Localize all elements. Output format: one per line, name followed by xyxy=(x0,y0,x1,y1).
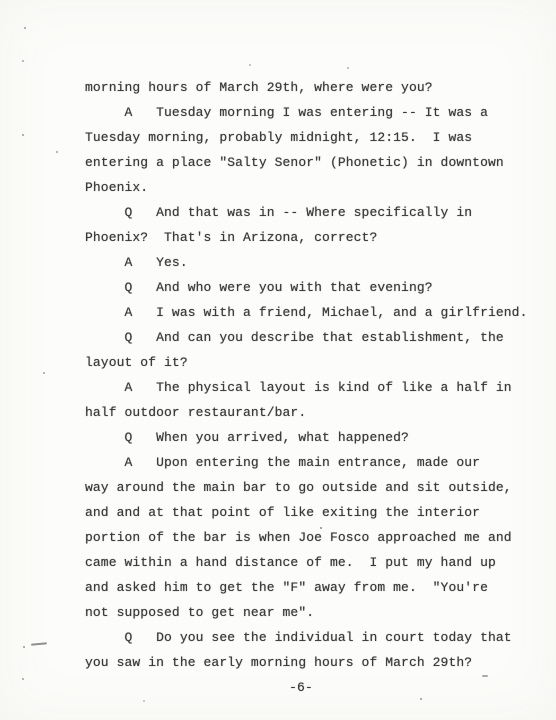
scan-speck xyxy=(43,372,45,374)
transcript-line: Q And who were you with that evening? xyxy=(85,275,545,300)
scan-speck xyxy=(56,151,58,153)
transcript-line: Tuesday morning, probably midnight, 12:1… xyxy=(85,125,545,150)
scan-speck xyxy=(143,700,145,702)
transcript-line: and and at that point of like exiting th… xyxy=(85,500,545,525)
scan-speck xyxy=(22,134,24,136)
transcript-line: A I was with a friend, Michael, and a gi… xyxy=(85,300,545,325)
transcript-line: A Tuesday morning I was entering -- It w… xyxy=(85,100,545,125)
transcript-line: A Upon entering the main entrance, made … xyxy=(85,450,545,475)
scan-speck xyxy=(22,678,24,680)
transcript-line: and asked him to get the "F" away from m… xyxy=(85,575,545,600)
transcript-line: half outdoor restaurant/bar. xyxy=(85,400,545,425)
transcript-line: entering a place "Salty Senor" (Phonetic… xyxy=(85,150,545,175)
scan-dash xyxy=(482,675,488,677)
scan-speck xyxy=(249,64,251,66)
transcript-line: Q When you arrived, what happened? xyxy=(85,425,545,450)
scan-speck xyxy=(22,60,24,62)
scan-speck xyxy=(24,27,26,29)
transcript-line: layout of it? xyxy=(85,350,545,375)
scan-speck xyxy=(420,698,422,700)
transcript-line: you saw in the early morning hours of Ma… xyxy=(85,650,545,675)
transcript-line: not supposed to get near me". xyxy=(85,600,545,625)
transcript-line: A Yes. xyxy=(85,250,545,275)
scan-speck xyxy=(23,646,25,648)
page-number: -6- xyxy=(85,675,517,700)
transcript-line: Q Do you see the individual in court tod… xyxy=(85,625,545,650)
scan-speck xyxy=(320,527,322,529)
transcript-line: Q And that was in -- Where specifically … xyxy=(85,200,545,225)
transcript-line: way around the main bar to go outside an… xyxy=(85,475,545,500)
transcript-line: Q And can you describe that establishmen… xyxy=(85,325,545,350)
transcript-body: morning hours of March 29th, where were … xyxy=(85,75,545,700)
scan-speck xyxy=(347,67,349,69)
transcript-line: A The physical layout is kind of like a … xyxy=(85,375,545,400)
transcript-line: morning hours of March 29th, where were … xyxy=(85,75,545,100)
scan-dash xyxy=(31,642,47,645)
transcript-line: portion of the bar is when Joe Fosco app… xyxy=(85,525,545,550)
document-page: morning hours of March 29th, where were … xyxy=(0,0,556,720)
transcript-line: came within a hand distance of me. I put… xyxy=(85,550,545,575)
transcript-line: Phoenix. xyxy=(85,175,545,200)
transcript-line: Phoenix? That's in Arizona, correct? xyxy=(85,225,545,250)
